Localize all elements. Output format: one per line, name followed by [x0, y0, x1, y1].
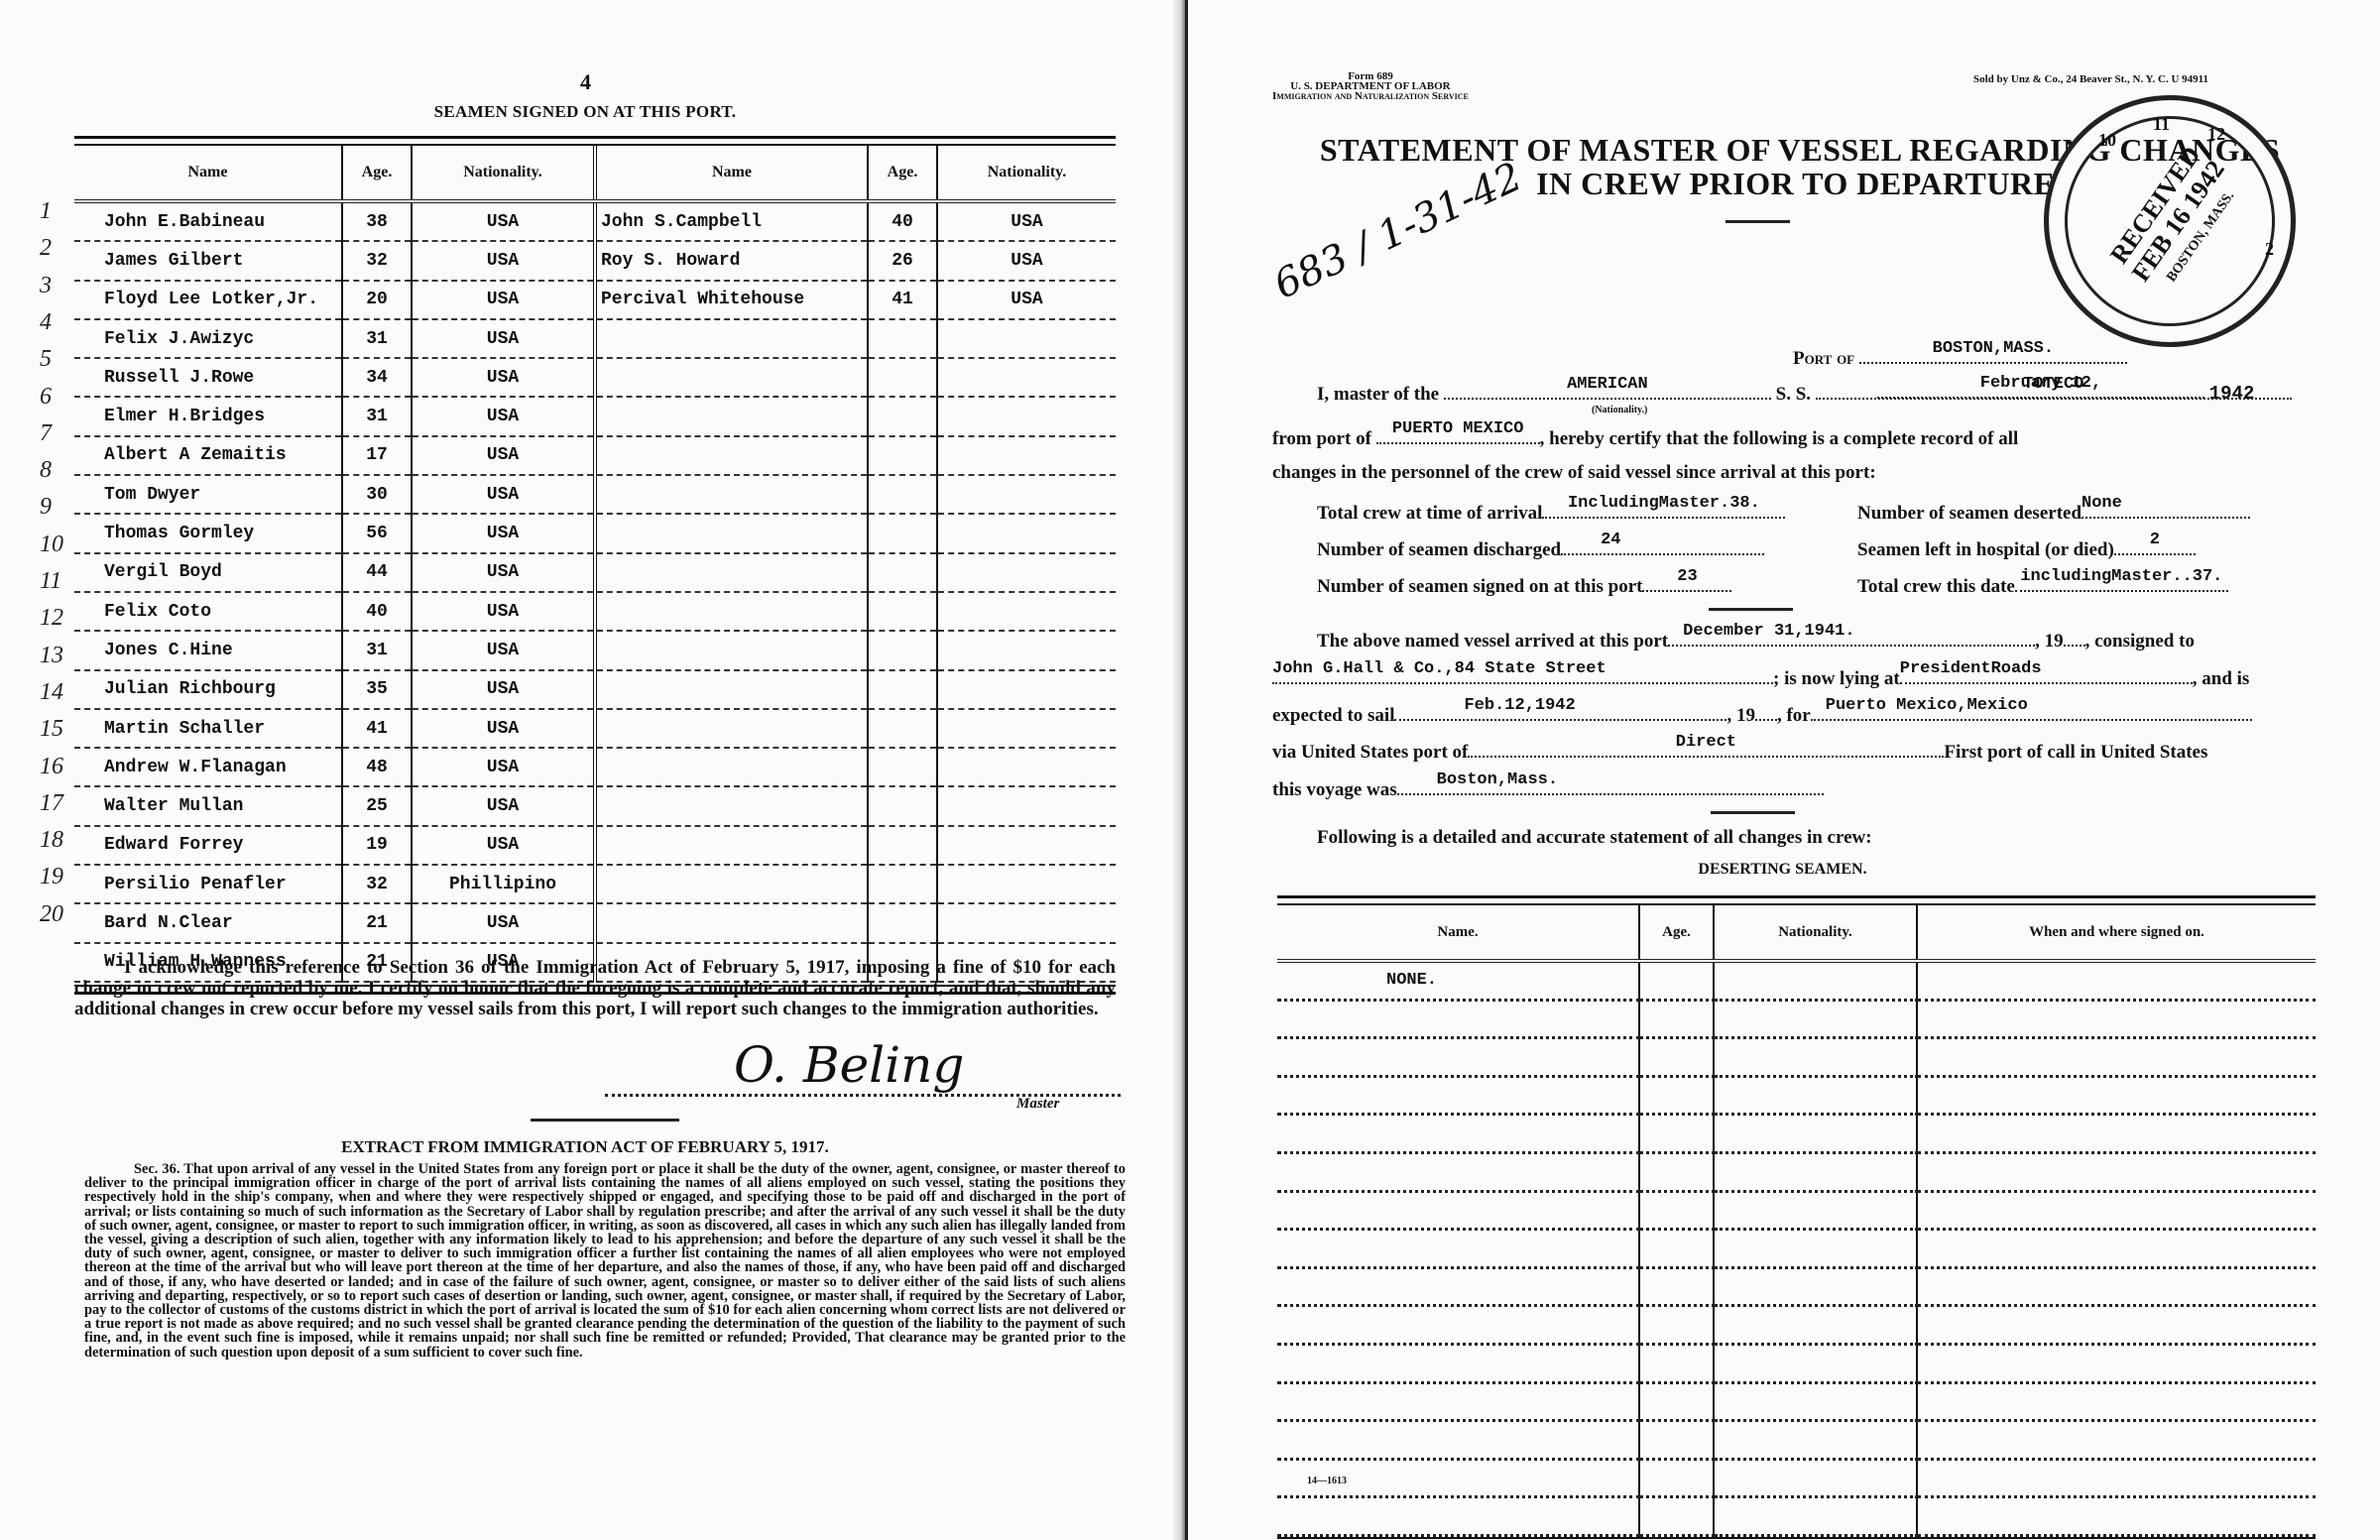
seaman-name: Percival Whitehouse: [595, 281, 868, 319]
table-row: Tom Dwyer30USA: [74, 475, 1116, 514]
row-number: 1: [40, 198, 52, 225]
deserter-age: [1639, 1306, 1714, 1345]
and-is-label: , and is: [2193, 668, 2250, 689]
row-number: 12: [40, 605, 63, 632]
stat-label: Seamen left in hospital (or died): [1857, 539, 2114, 560]
table-row: Martin Schaller41USA: [74, 709, 1116, 748]
col-nationality: Nationality.: [1714, 905, 1917, 961]
table-row: [1277, 1267, 2316, 1306]
deserter-name: [1277, 1000, 1639, 1038]
deserter-signed-on: [1917, 1382, 2316, 1421]
seaman-age: 41: [342, 709, 412, 748]
seaman-age: 34: [342, 358, 412, 397]
title-divider: [1725, 220, 1790, 223]
seaman-name: [595, 786, 868, 825]
seaman-age: 20: [342, 281, 412, 319]
extract-title: EXTRACT FROM IMMIGRATION ACT OF FEBRUARY…: [0, 1137, 1170, 1157]
col-signed-on: When and where signed on.: [1917, 905, 2316, 961]
col-age: Age.: [342, 146, 412, 201]
deserter-nationality: [1714, 1076, 1917, 1115]
table-row: Elmer H.Bridges31USA: [74, 397, 1116, 435]
seaman-nationality: Phillipino: [412, 865, 595, 903]
seaman-name: [595, 397, 868, 435]
seaman-name: Jones C.Hine: [74, 631, 342, 669]
deserter-signed-on: [1917, 1000, 2316, 1038]
deserter-nationality: [1714, 1344, 1917, 1382]
seaman-nationality: USA: [937, 281, 1116, 319]
deserter-age: [1639, 1267, 1714, 1306]
stat-deserted: Number of seamen desertedNone: [1857, 499, 2250, 525]
stat-value: 23: [1642, 567, 1731, 586]
table-row: Julian Richbourg35USA: [74, 670, 1116, 709]
seaman-age: 31: [342, 397, 412, 435]
row-number: 13: [40, 643, 63, 669]
seaman-name: Vergil Boyd: [74, 553, 342, 592]
form-footer: 14—1613: [1307, 1476, 1347, 1486]
deserting-seamen-title: DESERTING SEAMEN.: [1185, 861, 2380, 879]
table-row: Felix J.Awizyc31USA: [74, 319, 1116, 358]
seaman-name: Walter Mullan: [74, 786, 342, 825]
seaman-nationality: USA: [412, 514, 595, 552]
table-row: Russell J.Rowe34USA: [74, 358, 1116, 397]
deserter-nationality: [1714, 1230, 1917, 1268]
stat-value: includingMaster..37.: [2015, 567, 2228, 586]
deserter-signed-on: [1917, 961, 2316, 1000]
seaman-age: [868, 903, 937, 942]
row-number: 19: [40, 864, 63, 890]
seaman-name: Bard N.Clear: [74, 903, 342, 942]
deserter-age: [1639, 1191, 1714, 1230]
deserter-signed-on: [1917, 1306, 2316, 1345]
acknowledgement-text: I acknowledge this reference to Section …: [74, 957, 1116, 1019]
table-row: Edward Forrey19USA: [74, 826, 1116, 865]
section-title: SEAMEN SIGNED ON AT THIS PORT.: [0, 102, 1170, 122]
row-number: 10: [40, 532, 63, 558]
deserter-signed-on: [1917, 1267, 2316, 1306]
extract-text: Sec. 36. That upon arrival of any vessel…: [84, 1162, 1126, 1360]
consignee-value: John G.Hall & Co.,84 State Street: [1272, 659, 1773, 678]
seaman-nationality: USA: [412, 241, 595, 280]
seaman-nationality: [937, 903, 1116, 942]
deserter-name: [1277, 1230, 1639, 1268]
table-row: Thomas Gormley56USA: [74, 514, 1116, 552]
seaman-name: Edward Forrey: [74, 826, 342, 865]
for-value: Puerto Mexico,Mexico: [1811, 696, 2252, 715]
seaman-name: [595, 592, 868, 631]
voyage-line: this voyage wasBoston,Mass.: [1272, 775, 1824, 801]
col-name-2: Name: [595, 146, 868, 201]
row-number: 6: [40, 384, 52, 411]
seaman-nationality: USA: [412, 826, 595, 865]
seaman-name: Russell J.Rowe: [74, 358, 342, 397]
seaman-age: 31: [342, 631, 412, 669]
table-row: [1277, 1076, 2316, 1115]
deserter-age: [1639, 1497, 1714, 1536]
deserter-nationality: [1714, 961, 1917, 1000]
col-age: Age.: [1639, 905, 1714, 961]
master-of-line: I, master of the AMERICAN S. S. TOTECO: [1317, 380, 2292, 406]
seaman-age: 26: [868, 241, 937, 280]
seaman-age: 41: [868, 281, 937, 319]
table-row: Albert A Zemaitis17USA: [74, 436, 1116, 475]
seaman-age: [868, 475, 937, 514]
deserter-nationality: [1714, 1306, 1917, 1345]
deserter-age: [1639, 1421, 1714, 1460]
seaman-nationality: USA: [937, 201, 1116, 241]
seaman-nationality: [937, 631, 1116, 669]
year-prefix: , 19: [1726, 705, 1755, 726]
stat-label: Total crew this date: [1857, 576, 2015, 597]
table-top-rule: [74, 136, 1116, 146]
arrived-value: December 31,1941.: [1668, 622, 2035, 641]
row-number: 5: [40, 346, 52, 373]
stamp-number: 10: [2098, 130, 2116, 151]
table-header-row: Name. Age. Nationality. When and where s…: [1277, 905, 2316, 961]
deserter-age: [1639, 1038, 1714, 1077]
seaman-name: [595, 475, 868, 514]
seaman-age: [868, 709, 937, 748]
seaman-age: 32: [342, 865, 412, 903]
row-number: 16: [40, 754, 63, 780]
arrived-label: The above named vessel arrived at this p…: [1317, 631, 1668, 652]
deserter-signed-on: [1917, 1076, 2316, 1115]
seaman-age: 30: [342, 475, 412, 514]
seaman-nationality: USA: [412, 319, 595, 358]
seaman-age: 32: [342, 241, 412, 280]
seaman-nationality: USA: [412, 281, 595, 319]
nationality-caption: (Nationality.): [1592, 405, 1647, 415]
col-nationality-2: Nationality.: [937, 146, 1116, 201]
from-port-line: from port of PUERTO MEXICO, hereby certi…: [1272, 424, 2018, 450]
seaman-nationality: [937, 826, 1116, 865]
seaman-name: [595, 709, 868, 748]
first-port-label: First port of call in United States: [1944, 742, 2207, 763]
row-number: 18: [40, 827, 63, 854]
deserter-name: [1277, 1076, 1639, 1115]
deserter-signed-on: [1917, 1038, 2316, 1077]
table-row: [1277, 1497, 2316, 1536]
stat-label: Number of seamen discharged: [1317, 539, 1561, 560]
via-value: Direct: [1468, 733, 1944, 752]
seaman-age: [868, 319, 937, 358]
signature-label: Master: [1016, 1096, 1059, 1113]
divider: [1711, 811, 1795, 814]
col-name: Name.: [1277, 905, 1639, 961]
deserter-name: [1277, 1267, 1639, 1306]
via-line: via United States port ofDirectFirst por…: [1272, 738, 2207, 764]
seaman-nationality: USA: [937, 241, 1116, 280]
table-row: James Gilbert32USARoy S. Howard26USA: [74, 241, 1116, 280]
deserter-name: [1277, 1191, 1639, 1230]
deserter-name: NONE.: [1277, 961, 1639, 1000]
stat-label: Number of seamen signed on at this port: [1317, 576, 1642, 597]
seaman-name: [595, 748, 868, 786]
seaman-age: [868, 748, 937, 786]
seaman-nationality: [937, 592, 1116, 631]
seaman-age: 19: [342, 826, 412, 865]
seaman-age: 40: [342, 592, 412, 631]
seaman-name: [595, 358, 868, 397]
seaman-nationality: [937, 475, 1116, 514]
left-page: 4 SEAMEN SIGNED ON AT THIS PORT. Name Ag…: [0, 0, 1185, 1540]
seaman-age: [868, 358, 937, 397]
stamp-number: 11: [2153, 114, 2170, 135]
seaman-nationality: USA: [412, 903, 595, 942]
for-label: , for: [1777, 705, 1811, 726]
form-header: Form 689 U. S. DEPARTMENT OF LABOR Immig…: [1272, 71, 1469, 101]
deserter-age: [1639, 1152, 1714, 1191]
row-number: 3: [40, 273, 52, 299]
table-row: [1277, 1115, 2316, 1153]
expected-value: Feb.12,1942: [1394, 696, 1726, 715]
seaman-name: [595, 903, 868, 942]
table-row: Vergil Boyd44USA: [74, 553, 1116, 592]
seaman-name: Felix Coto: [74, 592, 342, 631]
row-number: 14: [40, 679, 63, 706]
seaman-age: 56: [342, 514, 412, 552]
deserter-nationality: [1714, 1421, 1917, 1460]
seaman-name: Tom Dwyer: [74, 475, 342, 514]
table-top-rule: [1277, 895, 2316, 905]
seaman-nationality: USA: [412, 436, 595, 475]
deserter-nationality: [1714, 1000, 1917, 1038]
expected-label: expected to sail: [1272, 705, 1394, 726]
seaman-nationality: USA: [412, 592, 595, 631]
expected-line: expected to sailFeb.12,1942, 19, forPuer…: [1272, 701, 2252, 727]
seaman-nationality: USA: [412, 786, 595, 825]
seaman-nationality: USA: [412, 748, 595, 786]
deserter-nationality: [1714, 1459, 1917, 1497]
ss-label: S. S.: [1776, 384, 1811, 405]
seaman-name: Martin Schaller: [74, 709, 342, 748]
seaman-age: [868, 631, 937, 669]
year-prefix: , 19: [2035, 631, 2064, 652]
seaman-name: Felix J.Awizyc: [74, 319, 342, 358]
stat-total-now: Total crew this dateincludingMaster..37.: [1857, 572, 2228, 598]
seaman-name: [595, 826, 868, 865]
nationality-value: AMERICAN: [1444, 375, 1771, 394]
table-row: [1277, 1000, 2316, 1038]
service: Immigration and Naturalization Service: [1272, 91, 1469, 101]
deserter-name: [1277, 1115, 1639, 1153]
deserter-name: [1277, 1382, 1639, 1421]
table-row: Walter Mullan25USA: [74, 786, 1116, 825]
deserter-signed-on: [1917, 1115, 2316, 1153]
seaman-nationality: [937, 436, 1116, 475]
table-row: Andrew W.Flanagan48USA: [74, 748, 1116, 786]
table-row: Felix Coto40USA: [74, 592, 1116, 631]
col-nationality: Nationality.: [412, 146, 595, 201]
printer-note: Sold by Unz & Co., 24 Beaver St., N. Y. …: [1973, 73, 2208, 85]
seaman-age: [868, 670, 937, 709]
row-number: 4: [40, 309, 52, 336]
deserter-signed-on: [1917, 1152, 2316, 1191]
stat-discharged: Number of seamen discharged24: [1317, 535, 1764, 561]
following-text: Following is a detailed and accurate sta…: [1317, 827, 1872, 849]
table-row: NONE.: [1277, 961, 2316, 1000]
master-signature: O. Beling: [734, 1036, 964, 1094]
stat-hospital: Seamen left in hospital (or died)2: [1857, 535, 2196, 561]
deserter-nationality: [1714, 1152, 1917, 1191]
seaman-age: 40: [868, 201, 937, 241]
certify-text-2: changes in the personnel of the crew of …: [1272, 462, 1876, 484]
table-row: Jones C.Hine31USA: [74, 631, 1116, 669]
table-header-row: Name Age. Nationality. Name Age. Nationa…: [74, 146, 1116, 201]
table-row: [1277, 1382, 2316, 1421]
seaman-nationality: [937, 865, 1116, 903]
seaman-name: John S.Campbell: [595, 201, 868, 241]
seaman-age: [868, 826, 937, 865]
seaman-nationality: USA: [412, 475, 595, 514]
from-port-label: from port of: [1272, 428, 1371, 449]
deserter-name: [1277, 1421, 1639, 1460]
stamp-text: RECEIVED FEB 16 1942 BOSTON, MASS.: [2104, 140, 2253, 302]
seaman-nationality: USA: [412, 553, 595, 592]
port-label: Port of: [1793, 348, 1854, 369]
deserter-nationality: [1714, 1038, 1917, 1077]
table-row: [1277, 1459, 2316, 1497]
arrived-line: The above named vessel arrived at this p…: [1317, 627, 2195, 652]
seaman-age: 38: [342, 201, 412, 241]
deserter-nationality: [1714, 1267, 1917, 1306]
seaman-nationality: [937, 670, 1116, 709]
seaman-name: [595, 865, 868, 903]
stat-signed-on: Number of seamen signed on at this port2…: [1317, 572, 1731, 598]
lying-label: ; is now lying at: [1773, 668, 1900, 689]
seaman-name: [595, 553, 868, 592]
deserter-name: [1277, 1152, 1639, 1191]
stamp-number: 12: [2207, 124, 2225, 145]
seaman-nationality: [937, 319, 1116, 358]
deserter-name: [1277, 1038, 1639, 1077]
seaman-age: 17: [342, 436, 412, 475]
divider: [1709, 608, 1793, 611]
seaman-age: [868, 436, 937, 475]
row-number: 2: [40, 235, 52, 262]
divider: [531, 1119, 679, 1122]
seaman-name: [595, 514, 868, 552]
deserter-signed-on: [1917, 1230, 2316, 1268]
ship-name: TOTECO: [1816, 375, 2292, 394]
row-number: 15: [40, 716, 63, 743]
certify-text: , hereby certify that the following is a…: [1540, 428, 2019, 449]
table-row: [1277, 1038, 2316, 1077]
deserter-signed-on: [1917, 1191, 2316, 1230]
seaman-nationality: [937, 397, 1116, 435]
consignee-line: John G.Hall & Co.,84 State Street; is no…: [1272, 664, 2249, 690]
seamen-signed-on-table: Name Age. Nationality. Name Age. Nationa…: [74, 136, 1116, 995]
stat-value: 24: [1561, 531, 1764, 549]
table-row: Bard N.Clear21USA: [74, 903, 1116, 942]
stat-label: Number of seamen deserted: [1857, 503, 2082, 524]
consigned-label: , consigned to: [2085, 631, 2195, 652]
stat-label: Total crew at time of arrival: [1317, 503, 1542, 524]
seaman-name: [595, 436, 868, 475]
stamp-number: 2: [2265, 239, 2274, 260]
table-row: Floyd Lee Lotker,Jr.20USAPercival Whiteh…: [74, 281, 1116, 319]
row-number: 7: [40, 420, 52, 447]
seaman-age: 48: [342, 748, 412, 786]
seaman-nationality: [937, 358, 1116, 397]
via-label: via United States port of: [1272, 742, 1468, 763]
seaman-name: [595, 670, 868, 709]
col-name: Name: [74, 146, 342, 201]
seaman-age: [868, 397, 937, 435]
seaman-nationality: [937, 748, 1116, 786]
from-port-value: PUERTO MEXICO: [1376, 419, 1540, 438]
deserter-age: [1639, 1382, 1714, 1421]
voyage-label: this voyage was: [1272, 779, 1397, 800]
seaman-nationality: USA: [412, 201, 595, 241]
deserter-age: [1639, 1115, 1714, 1153]
page-number: 4: [580, 69, 591, 95]
deserter-signed-on: [1917, 1344, 2316, 1382]
table-row: [1277, 1421, 2316, 1460]
seaman-nationality: [937, 514, 1116, 552]
seaman-name: Persilio Penafler: [74, 865, 342, 903]
seaman-name: Floyd Lee Lotker,Jr.: [74, 281, 342, 319]
deserter-name: [1277, 1344, 1639, 1382]
seaman-age: 25: [342, 786, 412, 825]
seaman-age: 31: [342, 319, 412, 358]
table-row: [1277, 1152, 2316, 1191]
seaman-name: Julian Richbourg: [74, 670, 342, 709]
deserting-seamen-table: Name. Age. Nationality. When and where s…: [1277, 895, 2316, 1540]
seaman-name: John E.Babineau: [74, 201, 342, 241]
port-value: BOSTON,MASS.: [1859, 339, 2127, 358]
deserter-signed-on: [1917, 1421, 2316, 1460]
stat-total-arrival: Total crew at time of arrivalIncludingMa…: [1317, 499, 1785, 525]
seaman-name: Thomas Gormley: [74, 514, 342, 552]
seaman-name: [595, 319, 868, 358]
table-row: [1277, 1306, 2316, 1345]
seaman-name: Andrew W.Flanagan: [74, 748, 342, 786]
table-row: Persilio Penafler32Phillipino: [74, 865, 1116, 903]
seaman-nationality: USA: [412, 709, 595, 748]
seaman-age: [868, 786, 937, 825]
seaman-name: Roy S. Howard: [595, 241, 868, 280]
row-number: 11: [40, 568, 61, 595]
table-row: [1277, 1344, 2316, 1382]
deserter-name: [1277, 1306, 1639, 1345]
seaman-age: [868, 553, 937, 592]
deserter-nationality: [1714, 1115, 1917, 1153]
received-stamp: 10 11 12 2 RECEIVED FEB 16 1942 BOSTON, …: [2044, 95, 2296, 347]
deserter-age: [1639, 1000, 1714, 1038]
row-number: 20: [40, 901, 63, 928]
deserter-age: [1639, 1344, 1714, 1382]
deserter-nationality: [1714, 1382, 1917, 1421]
seaman-age: 44: [342, 553, 412, 592]
seaman-nationality: [937, 786, 1116, 825]
seaman-nationality: USA: [412, 397, 595, 435]
seaman-age: 35: [342, 670, 412, 709]
row-number: 8: [40, 457, 52, 484]
deserter-nationality: [1714, 1497, 1917, 1536]
master-of-label: I, master of the: [1317, 384, 1439, 405]
table-row: [1277, 1230, 2316, 1268]
deserter-age: [1639, 1230, 1714, 1268]
seaman-age: [868, 865, 937, 903]
deserter-age: [1639, 1076, 1714, 1115]
lying-value: PresidentRoads: [1900, 659, 2193, 678]
seaman-age: [868, 592, 937, 631]
col-age-2: Age.: [868, 146, 937, 201]
deserter-name: [1277, 1497, 1639, 1536]
seaman-name: Elmer H.Bridges: [74, 397, 342, 435]
seaman-nationality: [937, 553, 1116, 592]
seaman-nationality: USA: [412, 358, 595, 397]
